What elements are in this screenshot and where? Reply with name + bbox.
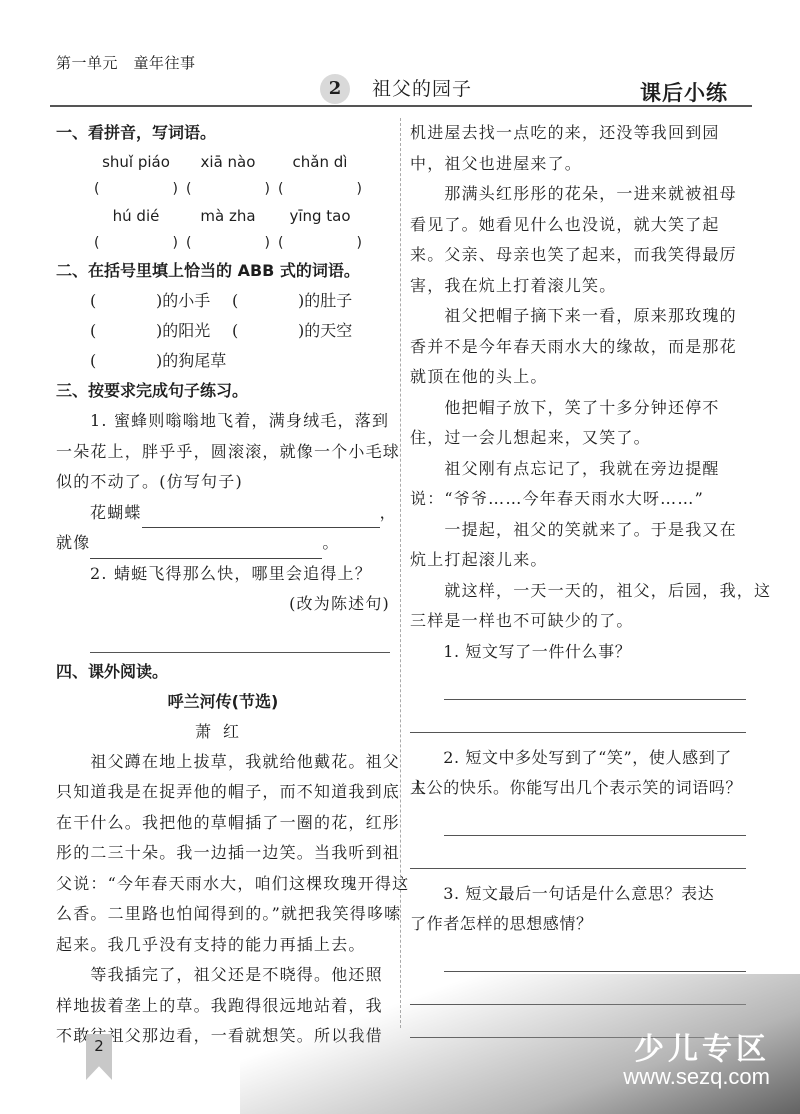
article-line: 一提起，祖父的笑就来了。于是我又在 bbox=[410, 515, 746, 546]
abb-row: ()的小手 ()的肚子 bbox=[56, 286, 390, 316]
answer-line[interactable] bbox=[444, 667, 746, 700]
article-line: 住，过一会儿想起来，又笑了。 bbox=[410, 423, 746, 454]
article-line: 中，祖父也进屋来了。 bbox=[410, 149, 746, 180]
question-2: 2. 短文中多处写到了“笑”，使人感到了主 bbox=[410, 743, 746, 773]
answer-blank[interactable]: () bbox=[90, 230, 182, 256]
pinyin-row-2: hú dié mà zha yīng tao bbox=[56, 202, 390, 230]
lesson-title: 祖父的园子 bbox=[372, 74, 472, 101]
abb-blank[interactable]: ()的小手 bbox=[90, 286, 232, 316]
pinyin: shuǐ piáo bbox=[90, 148, 182, 176]
answer-line[interactable] bbox=[444, 803, 746, 836]
abb-blank[interactable]: ()的阳光 bbox=[90, 316, 232, 346]
left-column: 一、看拼音，写词语。 shuǐ piáo xiā nào chǎn dì () … bbox=[56, 118, 390, 1052]
answer-row-1: () () () bbox=[56, 176, 390, 202]
answer-blank[interactable]: () bbox=[182, 230, 274, 256]
pinyin: mà zha bbox=[182, 202, 274, 230]
watermark-name: 少儿专区 bbox=[634, 1024, 770, 1068]
answer-blank[interactable]: () bbox=[90, 176, 182, 202]
answer-row-2: () () () bbox=[56, 230, 390, 256]
article-line: 来。父亲、母亲也笑了起来，而我笑得最厉 bbox=[410, 240, 746, 271]
section2-title: 二、在括号里填上恰当的 ABB 式的词语。 bbox=[56, 256, 390, 286]
article-line: 祖父蹲在地上拔草，我就给他戴花。祖父 bbox=[56, 747, 390, 778]
pinyin: chǎn dì bbox=[274, 148, 366, 176]
text-line: 2. 蜻蜓飞得那么快，哪里会追得上？ bbox=[56, 559, 390, 590]
article-line: 看见了。她看见什么也没说，就大笑了起 bbox=[410, 210, 746, 241]
article-line: 香并不是今年春天雨水大的缘故，而是那花 bbox=[410, 332, 746, 363]
watermark-url: www.sezq.com bbox=[623, 1064, 770, 1090]
text-line: 1. 蜜蜂则嗡嗡地飞着，满身绒毛，落到 bbox=[56, 406, 390, 437]
section4-title: 四、课外阅读。 bbox=[56, 657, 390, 687]
article-line: 么香。二里路也怕闻得到的。”就把我笑得哆嗦 bbox=[56, 899, 390, 930]
article-line: 炕上打起滚儿来。 bbox=[410, 545, 746, 576]
article-line: 就顶在他的头上。 bbox=[410, 362, 746, 393]
pinyin-row-1: shuǐ piáo xiā nào chǎn dì bbox=[56, 148, 390, 176]
article-line: 他把帽子放下，笑了十多分钟还停不 bbox=[410, 393, 746, 424]
article-line: 彤的二三十朵。我一边插一边笑。当我听到祖 bbox=[56, 838, 390, 869]
article-line: 害，我在炕上打着滚儿笑。 bbox=[410, 271, 746, 302]
right-column: 机进屋去找一点吃的来，还没等我回到园 中，祖父也进屋来了。 那满头红彤彤的花朵，… bbox=[410, 118, 746, 1038]
answer-blank[interactable]: () bbox=[274, 230, 366, 256]
abb-blank[interactable]: ()的狗尾草 bbox=[90, 346, 232, 376]
answer-blank[interactable]: () bbox=[274, 176, 366, 202]
answer-line[interactable] bbox=[444, 939, 746, 972]
article-line: 在干什么。我把他的草帽插了一圈的花，红彤 bbox=[56, 808, 390, 839]
article-line: 父说：“今年春天雨水大，咱们这棵玫瑰开得这 bbox=[56, 869, 390, 900]
abb-blank[interactable]: ()的天空 bbox=[232, 316, 374, 346]
section1-title: 一、看拼音，写词语。 bbox=[56, 118, 390, 148]
answer-blank[interactable]: () bbox=[182, 176, 274, 202]
instruction: (改为陈述句) bbox=[56, 589, 390, 620]
article-line: 那满头红彤彤的花朵，一进来就被祖母 bbox=[410, 179, 746, 210]
text-line: 一朵花上，胖乎乎，圆滚滚，就像一个小毛球 bbox=[56, 437, 390, 468]
article-line: 祖父刚有点忘记了，我就在旁边提醒 bbox=[410, 454, 746, 485]
answer-line[interactable] bbox=[90, 620, 390, 653]
article-line: 机进屋去找一点吃的来，还没等我回到园 bbox=[410, 118, 746, 149]
answer-line[interactable] bbox=[90, 538, 322, 559]
section3-title: 三、按要求完成句子练习。 bbox=[56, 376, 390, 406]
answer-line[interactable] bbox=[410, 836, 746, 869]
answer-line[interactable] bbox=[142, 507, 380, 528]
question-3: 3. 短文最后一句话是什么意思？表达 bbox=[410, 879, 746, 909]
article-line: 说：“爷爷……今年春天雨水大呀……” bbox=[410, 484, 746, 515]
fill-row: 就像。 bbox=[56, 528, 390, 559]
article-line: 起来。我几乎没有支持的能力再插上去。 bbox=[56, 930, 390, 961]
question-2-cont: 人公的快乐。你能写出几个表示笑的词语吗？ bbox=[410, 773, 746, 803]
article-line: 祖父把帽子摘下来一看，原来那玫瑰的 bbox=[410, 301, 746, 332]
abb-row: ()的阳光 ()的天空 bbox=[56, 316, 390, 346]
text-line: 似的不动了。(仿写句子) bbox=[56, 467, 390, 498]
abb-blank[interactable]: ()的肚子 bbox=[232, 286, 374, 316]
question-1: 1. 短文写了一件什么事？ bbox=[410, 637, 746, 667]
article-line: 三样是一样也不可缺少的了。 bbox=[410, 606, 746, 637]
unit-label: 第一单元 童年往事 bbox=[56, 52, 196, 73]
article-line: 只知道我是在捉弄他的帽子，而不知道我到底 bbox=[56, 777, 390, 808]
pinyin: xiā nào bbox=[182, 148, 274, 176]
question-3-cont: 了作者怎样的思想感情？ bbox=[410, 909, 746, 939]
article-title: 呼兰河传(节选) bbox=[56, 687, 390, 717]
article-line: 就这样，一天一天的，祖父，后园，我，这 bbox=[410, 576, 746, 607]
practice-label: 课后小练 bbox=[640, 77, 728, 107]
header-divider bbox=[50, 105, 752, 107]
fill-row: 花蝴蝶， bbox=[56, 498, 390, 529]
pinyin: yīng tao bbox=[274, 202, 366, 230]
page-number: 2 bbox=[86, 1034, 112, 1080]
answer-line[interactable] bbox=[410, 700, 746, 733]
lesson-number-badge: 2 bbox=[320, 74, 350, 104]
pinyin: hú dié bbox=[90, 202, 182, 230]
abb-row: ()的狗尾草 bbox=[56, 346, 390, 376]
article-author: 萧红 bbox=[56, 717, 390, 747]
